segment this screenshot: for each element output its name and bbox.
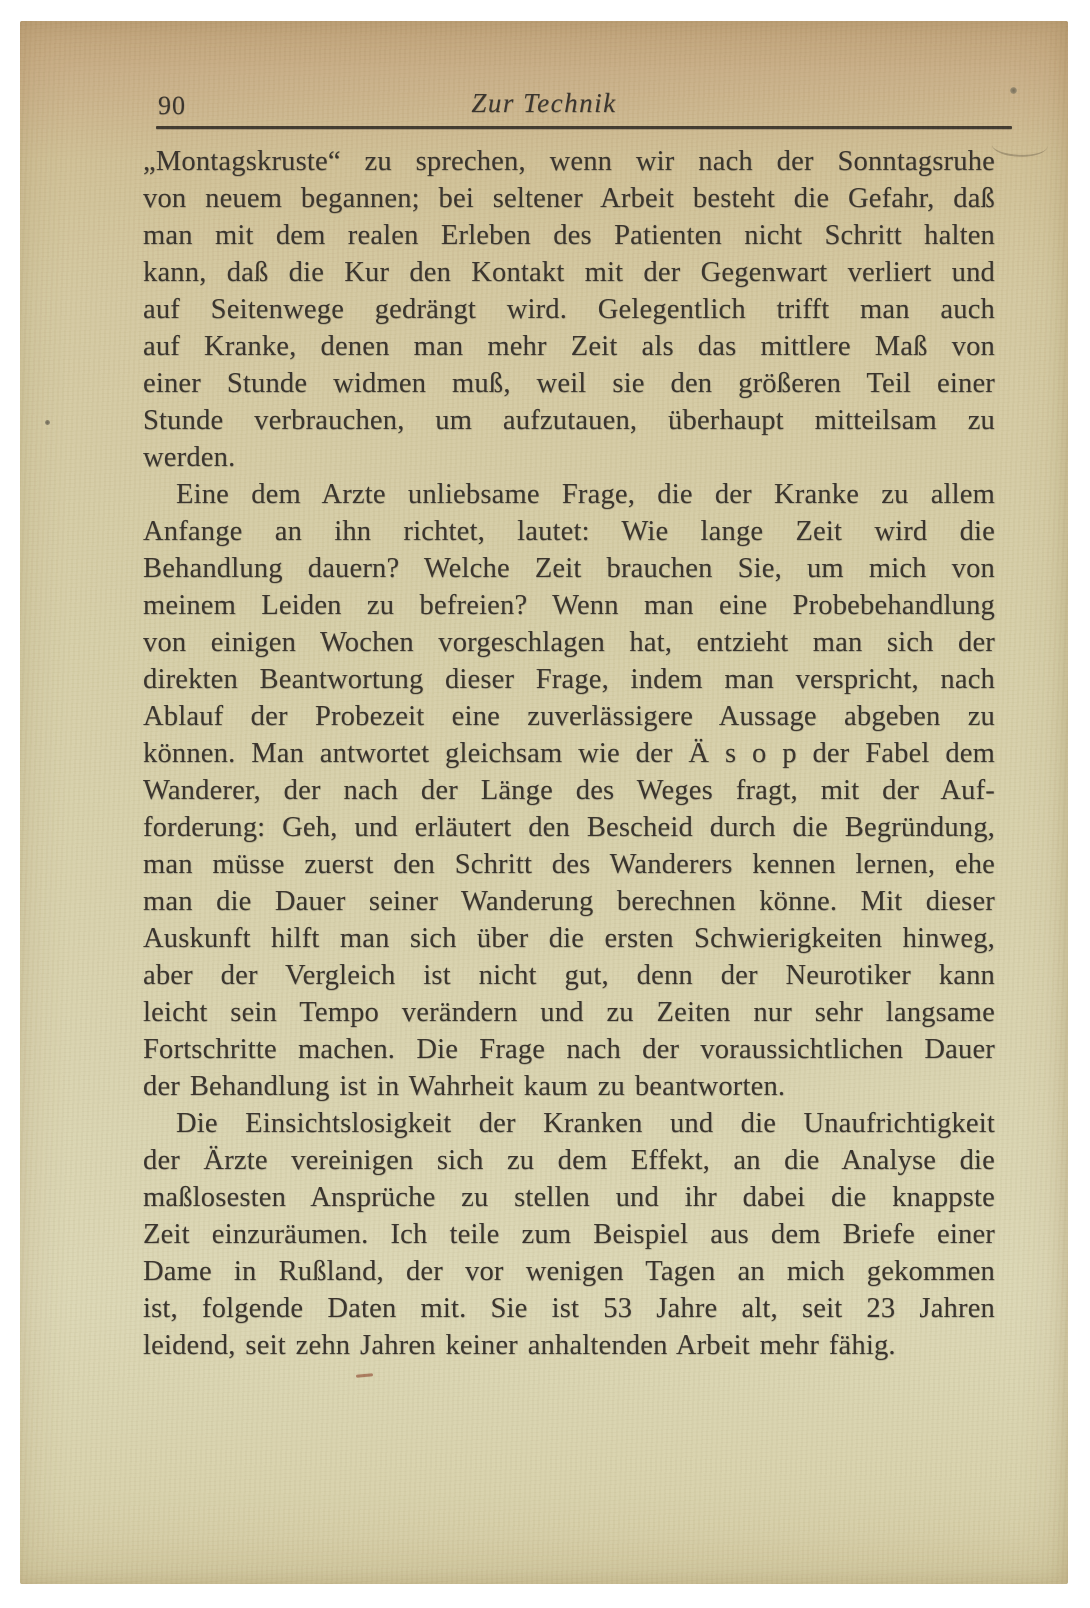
paragraph: „Montagskruste“ zu sprechen, wenn wir na… — [143, 143, 995, 476]
text-line: Fortschritte machen. Die Frage nach der … — [143, 1031, 995, 1068]
text-line: auf Seitenwege gedrängt wird. Gelegentli… — [143, 291, 995, 328]
text-line: der Ärzte vereinigen sich zu dem Effekt,… — [143, 1142, 995, 1179]
text-line: direkten Beantwortung dieser Frage, inde… — [143, 661, 995, 698]
text-line: Eine dem Arzte unliebsame Frage, die der… — [143, 476, 995, 513]
text-line: man die Dauer seiner Wanderung berechnen… — [143, 883, 995, 920]
text-line: meinem Leiden zu befreien? Wenn man eine… — [143, 587, 995, 624]
text-line: forderung: Geh, und erläutert den Besche… — [143, 809, 995, 846]
text-line: können. Man antwortet gleichsam wie der … — [143, 735, 995, 772]
text-line: Auskunft hilft man sich über die ersten … — [143, 920, 995, 957]
header-rule-divider — [156, 126, 1012, 129]
body-text: „Montagskruste“ zu sprechen, wenn wir na… — [143, 143, 995, 1364]
text-line: Stunde verbrauchen, um aufzutauen, überh… — [143, 402, 995, 439]
scanned-book-page: 90 Zur Technik „Montagskruste“ zu sprech… — [0, 0, 1090, 1608]
text-line: einer Stunde widmen muß, weil sie den gr… — [143, 365, 995, 402]
text-line: von neuem begannen; bei seltener Arbeit … — [143, 180, 995, 217]
text-line: Anfange an ihn richtet, lautet: Wie lang… — [143, 513, 995, 550]
text-line: man mit dem realen Erleben des Patienten… — [143, 217, 995, 254]
text-line: Dame in Rußland, der vor wenigen Tagen a… — [143, 1253, 995, 1290]
text-line: werden. — [143, 439, 995, 476]
red-pencil-mark — [356, 1373, 373, 1377]
text-line: der Behandlung ist in Wahrheit kaum zu b… — [143, 1068, 995, 1105]
paper-sheet: 90 Zur Technik „Montagskruste“ zu sprech… — [20, 21, 1068, 1584]
text-line: „Montagskruste“ zu sprechen, wenn wir na… — [143, 143, 995, 180]
text-line: Ablauf der Probezeit eine zuverlässigere… — [143, 698, 995, 735]
text-line: Wanderer, der nach der Länge des Weges f… — [143, 772, 995, 809]
paragraph: Die Einsichtslosigkeit der Kranken und d… — [143, 1105, 995, 1364]
text-line: Zeit einzuräumen. Ich teile zum Beispiel… — [143, 1216, 995, 1253]
text-line: ist, folgende Daten mit. Sie ist 53 Jahr… — [143, 1290, 995, 1327]
text-line: von einigen Wochen vorgeschlagen hat, en… — [143, 624, 995, 661]
text-line: Die Einsichtslosigkeit der Kranken und d… — [143, 1105, 995, 1142]
running-header-title: Zur Technik — [20, 88, 1068, 119]
text-line: man müsse zuerst den Schritt des Wandere… — [143, 846, 995, 883]
text-line: aber der Vergleich ist nicht gut, denn d… — [143, 957, 995, 994]
text-line: kann, daß die Kur den Kontakt mit der Ge… — [143, 254, 995, 291]
text-line: leidend, seit zehn Jahren keiner anhalte… — [143, 1327, 995, 1364]
text-line: leicht sein Tempo verändern und zu Zeite… — [143, 994, 995, 1031]
paragraph: Eine dem Arzte unliebsame Frage, die der… — [143, 476, 995, 1105]
ink-speck — [45, 420, 50, 425]
text-line: maßlosesten Ansprüche zu stellen und ihr… — [143, 1179, 995, 1216]
text-line: auf Kranke, denen man mehr Zeit als das … — [143, 328, 995, 365]
pencil-stray-mark — [991, 130, 1049, 160]
text-line: Behandlung dauern? Welche Zeit brauchen … — [143, 550, 995, 587]
